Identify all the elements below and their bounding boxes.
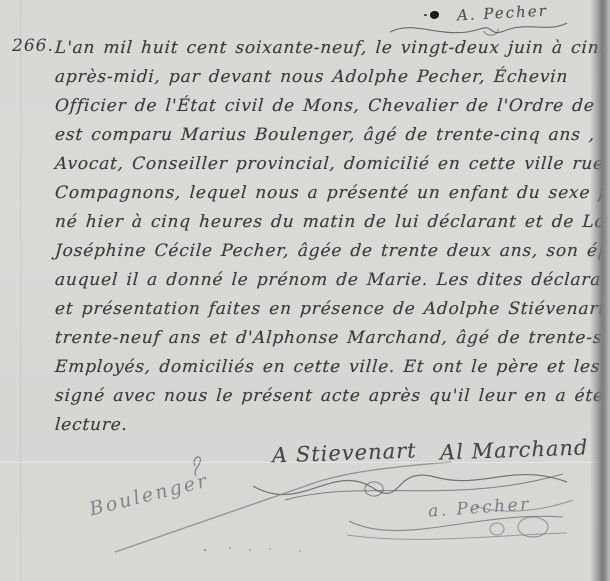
manuscript-line: Officier de l'État civil de Mons, Cheval… [54, 92, 610, 121]
manuscript-line: est comparu Marius Boulenger, âgé de tre… [54, 121, 610, 150]
paper-crease [0, 462, 610, 463]
witness-signature-2: Al Marchand [440, 435, 589, 464]
manuscript-line: L'an mil huit cent soixante-neuf, le vin… [54, 34, 610, 63]
manuscript-body: L'an mil huit cent soixante-neuf, le vin… [55, 34, 610, 440]
manuscript-line: après-midi, par devant nous Adolphe Pech… [54, 63, 610, 92]
scan-gutter-edge [590, 0, 610, 581]
witness-signature-1: A Stievenart [272, 438, 417, 467]
scanned-civil-record-page: 266. L'an mil huit cent soixante-neuf, l… [0, 0, 610, 581]
ink-blot [430, 11, 439, 19]
manuscript-line: lecture. [54, 411, 610, 440]
act-number: 266. [12, 36, 54, 56]
manuscript-line: trente-neuf ans et d'Alphonse Marchand, … [54, 324, 610, 353]
manuscript-line: signé avec nous le présent acte après qu… [54, 382, 610, 411]
officer-signature-bottom: a. Pecher [427, 494, 531, 521]
manuscript-line: auquel il a donné le prénom de Marie. Le… [54, 266, 610, 295]
manuscript-line: Employés, domiciliés en cette ville. Et … [54, 353, 610, 382]
manuscript-line: Compagnons, lequel nous a présenté un en… [54, 179, 610, 208]
paper-fold-line [20, 0, 22, 581]
officer-signature-top: A. Pecher [457, 2, 549, 25]
manuscript-line: né hier à cinq heures du matin de lui dé… [54, 208, 610, 237]
declarant-signature: Boulenger [87, 470, 211, 521]
manuscript-line: Avocat, Conseiller provincial, domicilié… [54, 150, 610, 179]
manuscript-line: Joséphine Cécile Pecher, âgée de trente … [54, 237, 610, 266]
manuscript-line: et présentation faites en présence de Ad… [54, 295, 610, 324]
